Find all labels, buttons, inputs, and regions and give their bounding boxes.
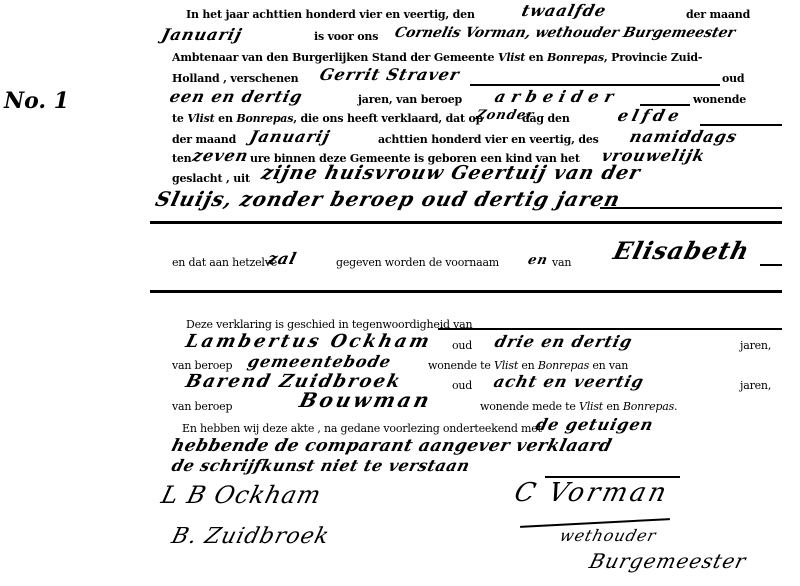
signature-title-1: wethouder [558, 527, 659, 545]
print-text: en dat aan hetzelve [172, 256, 277, 270]
place-name: Vlist [187, 112, 214, 125]
handwritten-suffix: en [526, 252, 550, 270]
handwritten-zal: zal [266, 250, 299, 268]
print-text: jaren, van beroep [358, 93, 462, 107]
print-text: der maand [686, 8, 750, 22]
birth-certificate-scan: No. 1 In het jaar achttien honderd vier … [0, 0, 800, 586]
section-divider [150, 221, 782, 224]
print-text: geslacht , uit [172, 172, 250, 186]
signature-witness2: B. Zuidbroek [170, 528, 331, 546]
fill-line [600, 207, 782, 209]
print-text: Deze verklaring is geschied in tegenwoor… [186, 318, 472, 332]
print-text: Holland , verschenen [172, 72, 298, 86]
fill-line [700, 124, 782, 126]
print-text: jaren, [740, 339, 771, 353]
print-text: ten [172, 152, 191, 166]
handwritten-age: een en dertig [168, 88, 305, 106]
place-name: Bonrepas [236, 112, 293, 125]
print-text: van [552, 256, 571, 270]
print-text: wonende te Vlist en Bonrepas en van [428, 359, 628, 373]
handwritten-hour: zeven [191, 147, 251, 165]
print-text: is voor ons [314, 30, 378, 44]
fill-line [438, 328, 782, 330]
handwritten-declarant-name: Gerrit Straver [318, 66, 462, 84]
handwritten-age1: drie en dertig [493, 333, 635, 351]
handwritten-age2: acht en veertig [492, 373, 646, 391]
handwritten-witness1: Lambertus Ockham [184, 333, 434, 351]
handwritten-closing: hebbende de comparant aangever verklaard [170, 437, 614, 455]
print-text: te Vlist en Bonrepas, die ons heeft verk… [172, 112, 483, 126]
print-text: wonende mede te Vlist en Bonrepas. [480, 400, 677, 414]
print-text: oud [722, 72, 744, 86]
print-text: jaren, [740, 379, 771, 393]
handwritten-given-name: Elisabeth [612, 242, 752, 260]
print-text: gegeven worden de voornaam [336, 256, 499, 270]
handwritten-month: Januarij [160, 26, 244, 44]
handwritten-day: twaalfde [520, 2, 609, 20]
handwritten-date: elfde [616, 107, 685, 125]
print-text: dag den [522, 112, 570, 126]
handwritten-time: namiddags [628, 128, 739, 146]
print-text: der maand [172, 133, 236, 147]
print-text: wonende [693, 93, 746, 107]
print-text: oud [452, 339, 472, 353]
handwritten-mother-details: Sluijs, zonder beroep oud dertig jaren [154, 190, 623, 208]
signature-official: C Vorman [513, 484, 671, 502]
signature-title-2: Burgemeester [588, 552, 749, 570]
section-divider [150, 290, 782, 293]
print-text: van beroep [172, 400, 232, 414]
fill-line [470, 84, 720, 86]
place-name: Bonrepas [547, 51, 604, 64]
handwritten-occupation2: Bouwman [298, 391, 434, 409]
place-name: Vlist [494, 359, 518, 372]
print-text: achttien honderd vier en veertig, des [378, 133, 599, 147]
place-name: Bonrepas. [623, 400, 678, 413]
place-name: Vlist [579, 400, 603, 413]
handwritten-occupation: arbeider [493, 88, 622, 106]
handwritten-occupation1: gemeentebode [246, 353, 394, 371]
handwritten-official-name: Cornelis Vorman, wethouder Burgemeester [393, 24, 737, 42]
print-text: Ambtenaar van den Burgerlijken Stand der… [172, 51, 702, 65]
handwritten-closing: de getuigen [534, 416, 656, 434]
handwritten-mother: zijne huisvrouw Geertuij van der [260, 164, 643, 182]
record-number: No. 1 [4, 88, 69, 114]
signature-witness1: L B Ockham [160, 486, 324, 504]
handwritten-month: Januarij [248, 128, 332, 146]
handwritten-closing: de schrijfkunst niet te verstaan [170, 457, 472, 475]
print-text: In het jaar achttien honderd vier en vee… [186, 8, 475, 22]
print-text: oud [452, 379, 472, 393]
print-text: En hebben wij deze akte , na gedane voor… [182, 422, 542, 436]
place-name: Vlist [498, 51, 525, 64]
place-name: Bonrepas [538, 359, 589, 372]
fill-line [760, 264, 782, 266]
